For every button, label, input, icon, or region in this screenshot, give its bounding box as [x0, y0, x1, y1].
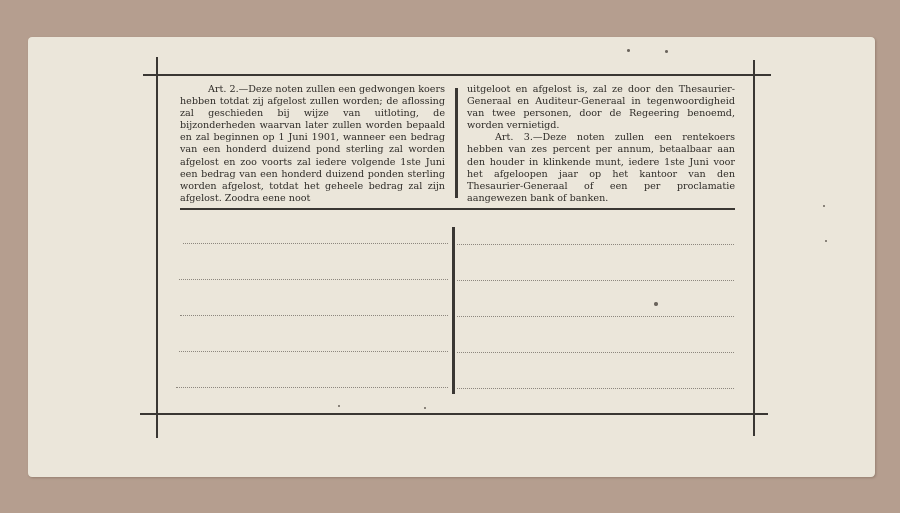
frame-top-rule [143, 74, 771, 76]
paper-speck [823, 205, 825, 207]
article-2-column: Art. 2.—Deze noten zullen een gedwongen … [180, 84, 445, 205]
paper-speck [665, 50, 668, 53]
blank-area-divider [452, 227, 455, 394]
blank-line-right-5 [457, 388, 734, 389]
article-2-continuation: uitgeloot en afgelost is, zal ze door de… [467, 84, 735, 132]
blank-line-left-3 [180, 315, 448, 316]
paper-speck [654, 302, 658, 306]
blank-line-left-1 [183, 243, 448, 244]
blank-line-right-3 [457, 316, 734, 317]
article-2-3-column: uitgeloot en afgelost is, zal ze door de… [467, 84, 735, 205]
article-2-text: Art. 2.—Deze noten zullen een gedwongen … [180, 84, 445, 205]
frame-bottom-rule [140, 413, 768, 415]
text-column-divider [455, 88, 458, 198]
blank-line-left-4 [179, 351, 448, 352]
paper-speck [338, 405, 340, 407]
frame-right-rule [753, 60, 755, 436]
blank-line-right-2 [457, 280, 734, 281]
paper-speck [825, 240, 827, 242]
blank-line-right-1 [457, 244, 734, 245]
article-3-text: Art. 3.—Deze noten zullen een rentekoers… [467, 132, 735, 205]
blank-line-right-4 [457, 352, 734, 353]
paper-speck [627, 49, 630, 52]
paper-speck [424, 407, 426, 409]
text-separator-rule [180, 208, 735, 210]
blank-line-left-5 [176, 387, 448, 388]
blank-line-left-2 [179, 279, 448, 280]
frame-left-rule [156, 57, 158, 438]
